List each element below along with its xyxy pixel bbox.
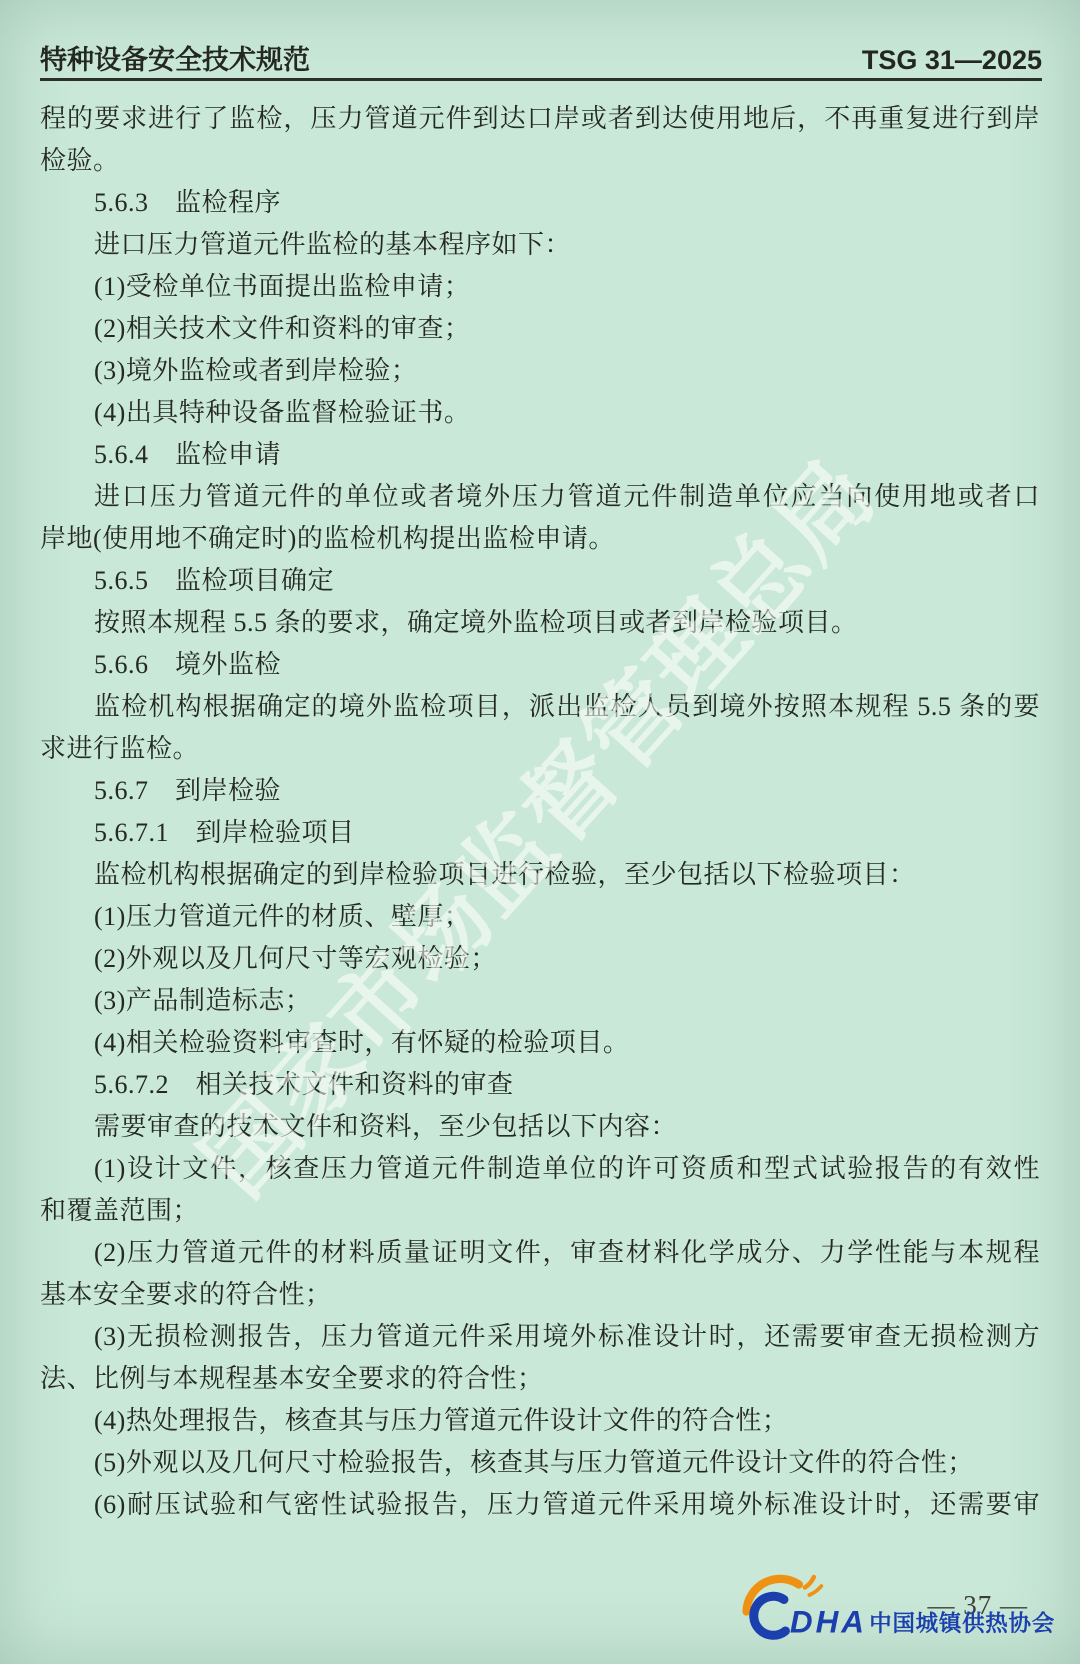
logo-c-icon — [754, 1596, 786, 1635]
text-line: (1)设计文件，核查压力管道元件制造单位的许可资质和型式试验报告的有效性 — [40, 1148, 1040, 1190]
text-line: (1)压力管道元件的材质、壁厚； — [40, 896, 1040, 938]
document-page: 特种设备安全技术规范 TSG 31—2025 国家市场监督管理总局 程的要求进行… — [0, 0, 1080, 1664]
body-content: 程的要求进行了监检，压力管道元件到达口岸或者到达使用地后，不再重复进行到岸检验。… — [40, 98, 1040, 1526]
logo-org-name: 中国城镇供热协会 — [869, 1610, 1055, 1636]
text-line: (3)产品制造标志； — [40, 980, 1040, 1022]
text-line: (6)耐压试验和气密性试验报告，压力管道元件采用境外标准设计时，还需要审 — [40, 1484, 1040, 1526]
page-header: 特种设备安全技术规范 TSG 31—2025 — [40, 38, 1042, 72]
logo-acronym: DHA — [790, 1604, 867, 1639]
text-line: 基本安全要求的符合性； — [40, 1274, 1040, 1316]
text-line: (4)相关检验资料审查时，有怀疑的检验项目。 — [40, 1022, 1040, 1064]
text-line: (2)外观以及几何尺寸等宏观检验； — [40, 938, 1040, 980]
header-document-code: TSG 31—2025 — [862, 45, 1042, 76]
text-line: (3)境外监检或者到岸检验； — [40, 350, 1040, 392]
logo-ray-icon — [809, 1586, 821, 1595]
association-logo: DHA 中国城镇供热协会 — [736, 1556, 1058, 1658]
text-line: 需要审查的技术文件和资料，至少包括以下内容： — [40, 1106, 1040, 1148]
text-line: (1)受检单位书面提出监检申请； — [40, 266, 1040, 308]
text-line: 5.6.5 监检项目确定 — [40, 560, 1040, 602]
text-line: 监检机构根据确定的境外监检项目，派出监检人员到境外按照本规程 5.5 条的要 — [40, 686, 1040, 728]
text-line: 5.6.7.1 到岸检验项目 — [40, 812, 1040, 854]
text-line: 程的要求进行了监检，压力管道元件到达口岸或者到达使用地后，不再重复进行到岸 — [40, 98, 1040, 140]
text-line: 5.6.7.2 相关技术文件和资料的审查 — [40, 1064, 1040, 1106]
text-line: 5.6.4 监检申请 — [40, 434, 1040, 476]
text-line: (5)外观以及几何尺寸检验报告，核查其与压力管道元件设计文件的符合性； — [40, 1442, 1040, 1484]
text-line: (3)无损检测报告，压力管道元件采用境外标准设计时，还需要审查无损检测方 — [40, 1316, 1040, 1358]
text-line: 5.6.3 监检程序 — [40, 182, 1040, 224]
text-line: 检验。 — [40, 140, 1040, 182]
header-rule — [40, 78, 1042, 81]
text-line: 按照本规程 5.5 条的要求，确定境外监检项目或者到岸检验项目。 — [40, 602, 1040, 644]
text-line: 5.6.6 境外监检 — [40, 644, 1040, 686]
text-line: 5.6.7 到岸检验 — [40, 770, 1040, 812]
text-line: 求进行监检。 — [40, 728, 1040, 770]
text-line: (4)出具特种设备监督检验证书。 — [40, 392, 1040, 434]
text-line: 进口压力管道元件监检的基本程序如下： — [40, 224, 1040, 266]
text-line: (2)压力管道元件的材料质量证明文件，审查材料化学成分、力学性能与本规程 — [40, 1232, 1040, 1274]
text-line: 岸地(使用地不确定时)的监检机构提出监检申请。 — [40, 518, 1040, 560]
text-line: 法、比例与本规程基本安全要求的符合性； — [40, 1358, 1040, 1400]
text-line: 和覆盖范围； — [40, 1190, 1040, 1232]
logo-ray-icon — [805, 1577, 814, 1587]
text-line: (2)相关技术文件和资料的审查； — [40, 308, 1040, 350]
header-title: 特种设备安全技术规范 — [40, 38, 310, 77]
text-line: (4)热处理报告，核查其与压力管道元件设计文件的符合性； — [40, 1400, 1040, 1442]
text-line: 监检机构根据确定的到岸检验项目进行检验，至少包括以下检验项目： — [40, 854, 1040, 896]
text-line: 进口压力管道元件的单位或者境外压力管道元件制造单位应当向使用地或者口 — [40, 476, 1040, 518]
